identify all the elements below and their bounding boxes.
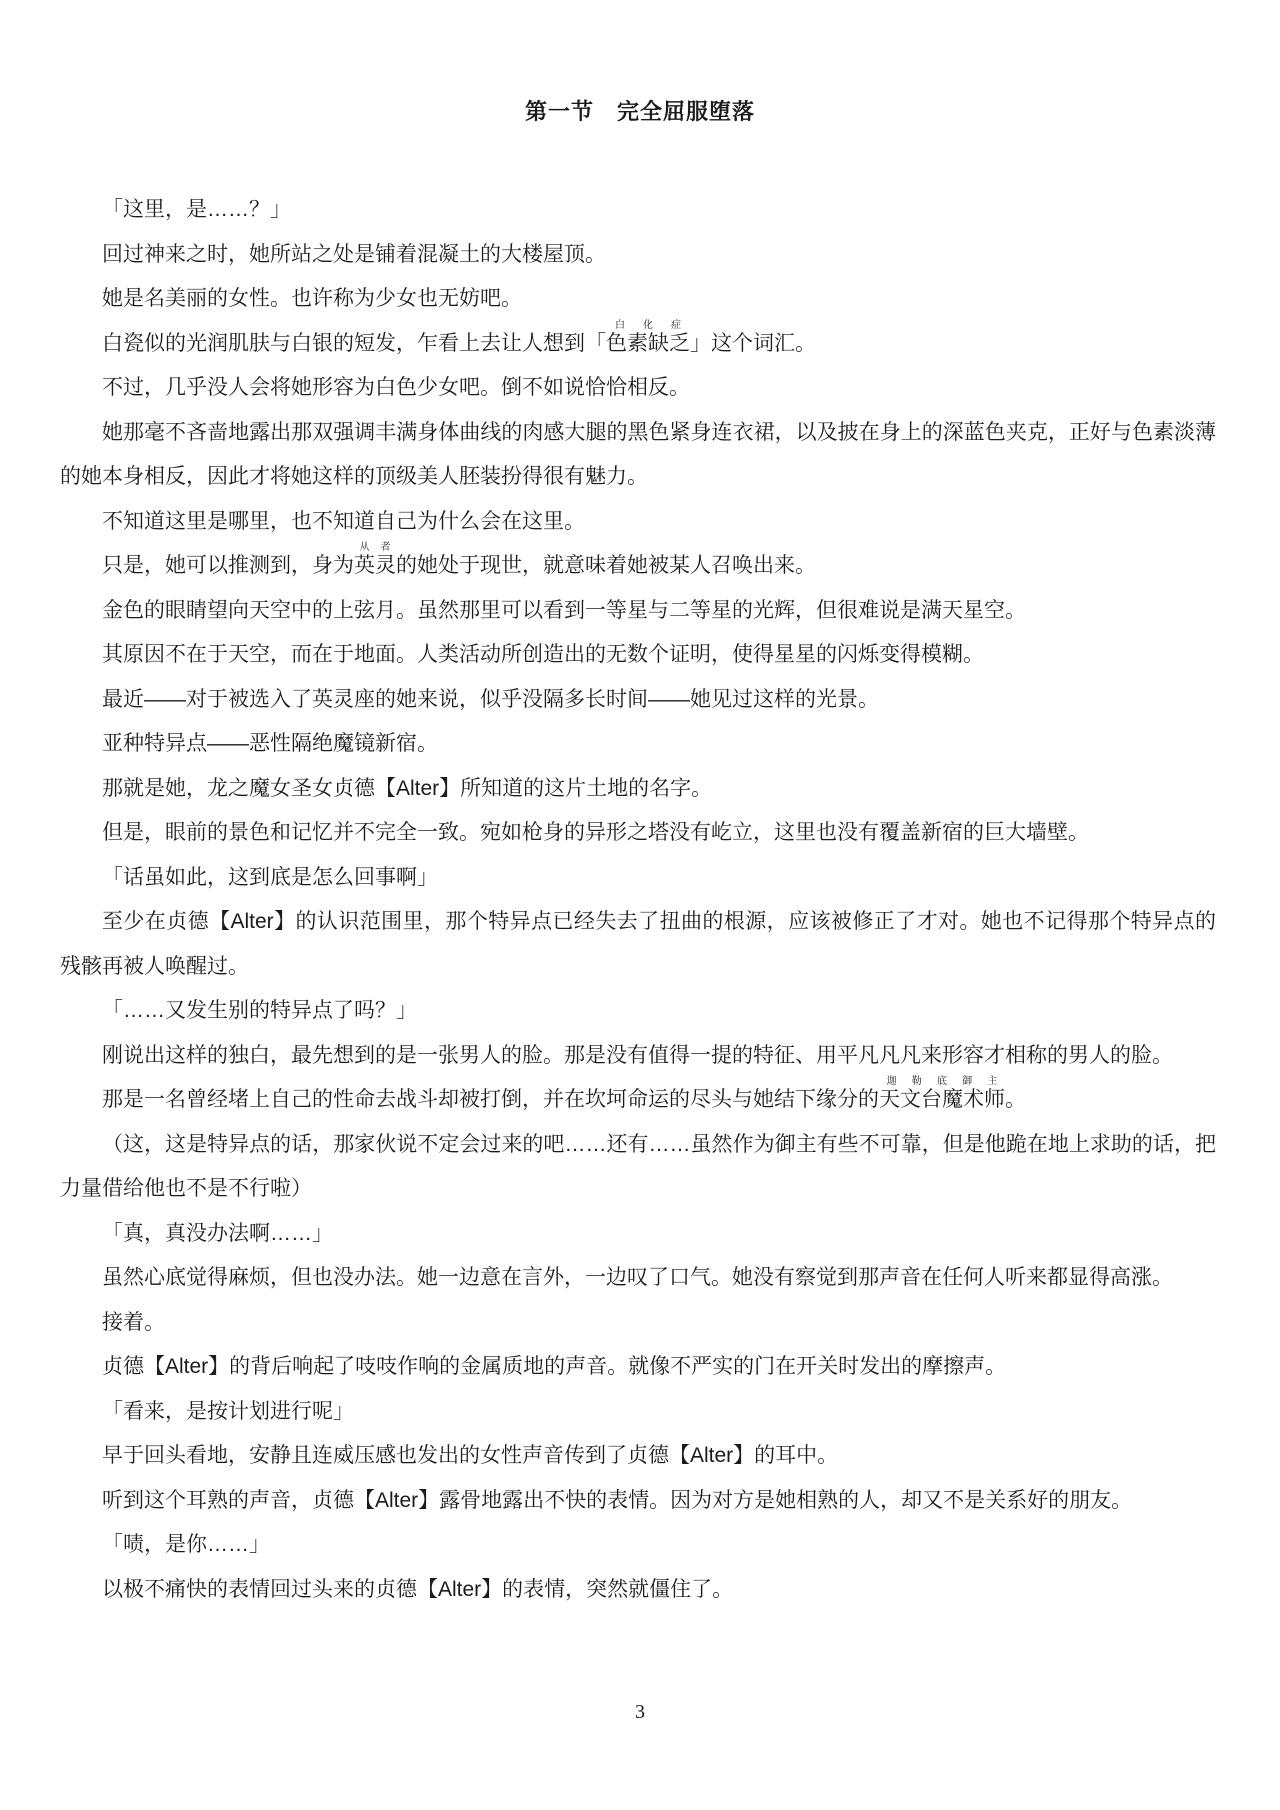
ruby-annotated-text: 迦勒底御主天文台魔术师 xyxy=(879,1088,1005,1111)
paragraph: 最近——对于被选入了英灵座的她来说，似乎没隔多长时间——她见过这样的光景。 xyxy=(60,678,1216,723)
page-number: 3 xyxy=(0,1700,1280,1724)
paragraph: 早于回头看地，安静且连威压感也发出的女性声音传到了贞德【Alter】的耳中。 xyxy=(60,1434,1216,1479)
paragraph: 至少在贞德【Alter】的认识范围里，那个特异点已经失去了扭曲的根源，应该被修正… xyxy=(60,900,1216,989)
ruby-gloss: 从者 xyxy=(354,543,396,553)
paragraph: 只是，她可以推测到，身为从者英灵的她处于现世，就意味着她被某人召唤出来。 xyxy=(60,544,1216,589)
paragraph: 「话虽如此，这到底是怎么回事啊」 xyxy=(60,856,1216,901)
paragraph: 她是名美丽的女性。也许称为少女也无妨吧。 xyxy=(60,277,1216,322)
paragraph: 她那毫不吝啬地露出那双强调丰满身体曲线的肉感大腿的黑色紧身连衣裙，以及披在身上的… xyxy=(60,411,1216,500)
paragraph: （这，这是特异点的话，那家伙说不定会过来的吧……还有……虽然作为御主有些不可靠，… xyxy=(60,1123,1216,1212)
paragraph: 「……又发生别的特异点了吗？」 xyxy=(60,989,1216,1034)
ruby-annotated-text: 白化症色素缺乏 xyxy=(606,332,690,355)
ruby-gloss: 迦勒底御主 xyxy=(879,1077,1005,1087)
paragraph: 其原因不在于天空，而在于地面。人类活动所创造出的无数个证明，使得星星的闪烁变得模… xyxy=(60,633,1216,678)
paragraph: 不过，几乎没人会将她形容为白色少女吧。倒不如说恰恰相反。 xyxy=(60,366,1216,411)
paragraph: 听到这个耳熟的声音，贞德【Alter】露骨地露出不快的表情。因为对方是她相熟的人… xyxy=(60,1479,1216,1524)
paragraph: 那是一名曾经堵上自己的性命去战斗却被打倒，并在坎坷命运的尽头与她结下缘分的迦勒底… xyxy=(60,1078,1216,1123)
paragraph: 白瓷似的光润肌肤与白银的短发，乍看上去让人想到「白化症色素缺乏」这个词汇。 xyxy=(60,322,1216,367)
paragraph: 但是，眼前的景色和记忆并不完全一致。宛如枪身的异形之塔没有屹立，这里也没有覆盖新… xyxy=(60,811,1216,856)
paragraph: 贞德【Alter】的背后响起了吱吱作响的金属质地的声音。就像不严实的门在开关时发… xyxy=(60,1345,1216,1390)
paragraph: 「啧，是你……」 xyxy=(60,1523,1216,1568)
chapter-title: 第一节 完全屈服堕落 xyxy=(0,100,1280,124)
paragraph: 不知道这里是哪里，也不知道自己为什么会在这里。 xyxy=(60,500,1216,545)
paragraph: 回过神来之时，她所站之处是铺着混凝土的大楼屋顶。 xyxy=(60,233,1216,278)
paragraph: 刚说出这样的独白，最先想到的是一张男人的脸。那是没有值得一提的特征、用平凡凡凡来… xyxy=(60,1034,1216,1079)
paragraph: 亚种特异点——恶性隔绝魔镜新宿。 xyxy=(60,722,1216,767)
paragraph: 接着。 xyxy=(60,1301,1216,1346)
ruby-gloss: 白化症 xyxy=(606,321,690,331)
paragraph: 「看来，是按计划进行呢」 xyxy=(60,1390,1216,1435)
paragraph: 那就是她，龙之魔女圣女贞德【Alter】所知道的这片土地的名字。 xyxy=(60,767,1216,812)
document-page: 第一节 完全屈服堕落 「这里，是……？」回过神来之时，她所站之处是铺着混凝土的大… xyxy=(0,0,1280,1810)
paragraph: 以极不痛快的表情回过头来的贞德【Alter】的表情，突然就僵住了。 xyxy=(60,1568,1216,1613)
paragraph: 「真，真没办法啊……」 xyxy=(60,1212,1216,1257)
paragraph: 金色的眼睛望向天空中的上弦月。虽然那里可以看到一等星与二等星的光辉，但很难说是满… xyxy=(60,589,1216,634)
body-text: 「这里，是……？」回过神来之时，她所站之处是铺着混凝土的大楼屋顶。她是名美丽的女… xyxy=(60,188,1216,1612)
ruby-annotated-text: 从者英灵 xyxy=(354,554,396,577)
paragraph: 「这里，是……？」 xyxy=(60,188,1216,233)
paragraph: 虽然心底觉得麻烦，但也没办法。她一边意在言外，一边叹了口气。她没有察觉到那声音在… xyxy=(60,1256,1216,1301)
